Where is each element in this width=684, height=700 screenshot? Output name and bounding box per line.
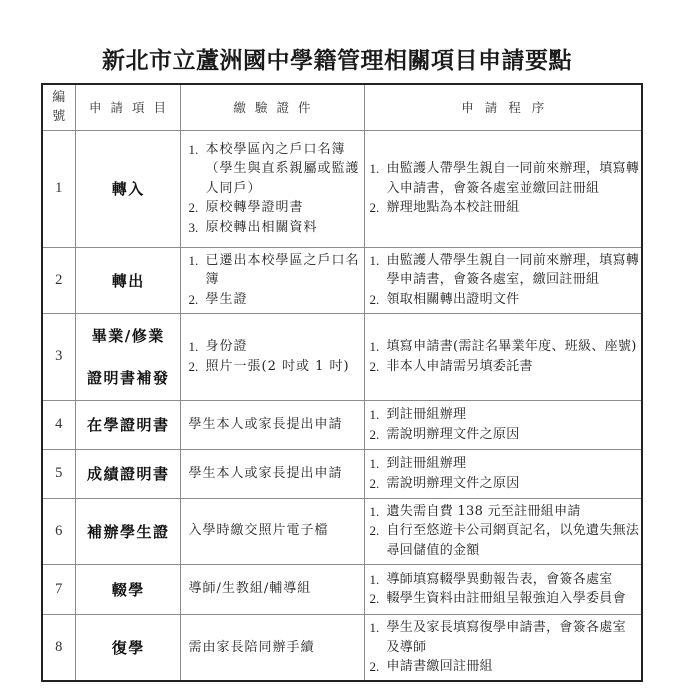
procedure-line: 1.到註冊組辦理 — [370, 405, 642, 425]
procedure-line: 2.自行至悠遊卡公司網頁記名，以免遺失無法 — [370, 521, 642, 541]
procedure-line: 2.非本人申請需另填委託書 — [370, 357, 642, 377]
procedure-line: 尋回儲值的金額 — [370, 541, 642, 561]
procedure-line: 學申請書，會簽各處室，繳回註冊組 — [370, 270, 642, 290]
required-documents: 學生本人或家長提出申請 — [180, 449, 364, 498]
procedure-text: 填寫申請書(需註名畢業年度、班級、座號) — [387, 337, 637, 357]
document-text: 入學時繳交照片電子檔 — [189, 521, 329, 541]
list-marker — [370, 541, 387, 561]
document-title: 新北市立蘆洲國中學籍管理相關項目申請要點 — [0, 46, 674, 76]
procedure-text: 需說明辦理文件之原因 — [387, 425, 520, 445]
procedure-line: 2.需說明辦理文件之原因 — [370, 425, 642, 445]
required-documents: 導師/生教組/輔導組 — [180, 564, 364, 614]
application-procedure: 1.遺失需自費 138 元至註冊組申請 2.自行至悠遊卡公司網頁記名，以免遺失無… — [364, 498, 642, 564]
procedure-text: 到註冊組辦理 — [387, 454, 467, 474]
list-marker: 2. — [370, 198, 387, 218]
item-name-line: 轉入 — [76, 178, 180, 199]
row-number: 3 — [42, 313, 75, 400]
procedure-text: 學申請書，會簽各處室，繳回註冊組 — [387, 270, 600, 290]
item-name-line: 在學證明書 — [76, 414, 180, 435]
document-text: 本校學區內之戶口名簿 — [206, 140, 346, 160]
required-documents: 學生本人或家長提出申請 — [180, 400, 364, 449]
procedure-line: 1.由監護人帶學生親自一同前來辦理，填寫轉 — [370, 251, 642, 271]
procedure-line: 2.領取相關轉出證明文件 — [370, 290, 642, 310]
application-procedure: 1.導師填寫輟學異動報告表，會簽各處室 2.輟學生資料由註冊組呈報強迫入學委員會 — [364, 564, 642, 614]
list-marker: 1. — [370, 159, 387, 179]
document-text: 學生本人或家長提出申請 — [189, 415, 343, 435]
document-text: 照片一張(2 吋或 1 吋) — [206, 357, 350, 377]
document-text: （學生與直系親屬或監護 — [206, 159, 360, 179]
row-number: 2 — [42, 247, 75, 313]
list-marker: 1. — [370, 405, 387, 425]
document-line: 導師/生教組/輔導組 — [189, 579, 364, 599]
procedure-line: 1.導師填寫輟學異動報告表，會簽各處室 — [370, 570, 642, 590]
application-procedure: 1.填寫申請書(需註名畢業年度、班級、座號) 2.非本人申請需另填委託書 — [364, 313, 642, 400]
application-requirements-table: 編 號 申請項目 繳驗證件 申請程序 1 轉入 1.本校學區內之戶口名簿 （學生… — [41, 83, 643, 682]
procedure-text: 由監護人帶學生親自一同前來辦理，填寫轉 — [387, 251, 640, 271]
list-marker: 2. — [370, 425, 387, 445]
item-name: 畢業/修業 證明書補發 — [75, 313, 180, 400]
item-name-line: 輟學 — [76, 579, 180, 600]
row-number: 8 — [42, 614, 75, 681]
application-procedure: 1.到註冊組辦理 2.需說明辦理文件之原因 — [364, 400, 642, 449]
list-marker: 1. — [189, 251, 206, 271]
document-line: 1.已遷出本校學區之戶口名 — [189, 251, 364, 271]
table-row: 8 復學 需由家長陪同辦手續 1.學生及家長填寫復學申請書，會簽各處室 及導師 … — [42, 614, 642, 681]
required-documents: 1.本校學區內之戶口名簿 （學生與直系親屬或監護 人同戶） 2.原校轉學證明書 … — [180, 130, 364, 247]
document-text: 已遷出本校學區之戶口名 — [206, 251, 360, 271]
item-name-line: 復學 — [76, 637, 180, 658]
header-number: 編 號 — [42, 84, 75, 130]
list-marker: 2. — [370, 474, 387, 494]
list-marker — [370, 270, 387, 290]
list-marker: 2. — [189, 357, 206, 377]
required-documents: 1.身份證 2.照片一張(2 吋或 1 吋) — [180, 313, 364, 400]
procedure-text: 辦理地點為本校註冊組 — [387, 198, 520, 218]
document-line: 1.身份證 — [189, 337, 364, 357]
table-row: 6 補辦學生證 入學時繳交照片電子檔 1.遺失需自費 138 元至註冊組申請 2… — [42, 498, 642, 564]
document-text: 簿 — [206, 270, 220, 290]
list-marker — [370, 638, 387, 658]
procedure-text: 到註冊組辦理 — [387, 405, 467, 425]
list-marker — [189, 179, 206, 199]
item-name-line: 補辦學生證 — [76, 521, 180, 542]
procedure-line: 入申請書，會簽各處室並繳回註冊組 — [370, 179, 642, 199]
document-text: 學生證 — [206, 290, 248, 310]
required-documents: 需由家長陪同辦手續 — [180, 614, 364, 681]
procedure-text: 及導師 — [387, 638, 427, 658]
procedure-line: 及導師 — [370, 638, 642, 658]
procedure-text: 導師填寫輟學異動報告表，會簽各處室 — [387, 570, 613, 590]
procedure-text: 自行至悠遊卡公司網頁記名，以免遺失無法 — [387, 521, 640, 541]
list-marker: 2. — [370, 657, 387, 677]
table-row: 1 轉入 1.本校學區內之戶口名簿 （學生與直系親屬或監護 人同戶） 2.原校轉… — [42, 130, 642, 247]
application-procedure: 1.由監護人帶學生親自一同前來辦理，填寫轉 學申請書，會簽各處室，繳回註冊組 2… — [364, 247, 642, 313]
document-line: 2.學生證 — [189, 290, 364, 310]
table-header-row: 編 號 申請項目 繳驗證件 申請程序 — [42, 84, 642, 130]
procedure-line: 2.需說明辦理文件之原因 — [370, 474, 642, 494]
list-marker: 1. — [189, 337, 206, 357]
item-name-line: 證明書補發 — [76, 357, 180, 399]
header-documents: 繳驗證件 — [180, 84, 364, 130]
document-line: 學生本人或家長提出申請 — [189, 415, 364, 435]
procedure-line: 2.辦理地點為本校註冊組 — [370, 198, 642, 218]
procedure-text: 需說明辦理文件之原因 — [387, 474, 520, 494]
document-text: 原校轉學證明書 — [206, 198, 304, 218]
list-marker — [370, 179, 387, 199]
list-marker: 2. — [189, 198, 206, 218]
header-number-line1: 編 — [43, 88, 75, 107]
table-row: 5 成績證明書 學生本人或家長提出申請 1.到註冊組辦理 2.需說明辦理文件之原… — [42, 449, 642, 498]
item-name: 復學 — [75, 614, 180, 681]
table-row: 3 畢業/修業 證明書補發 1.身份證 2.照片一張(2 吋或 1 吋) 1.填… — [42, 313, 642, 400]
list-marker: 1. — [370, 251, 387, 271]
item-name-line: 成績證明書 — [76, 463, 180, 484]
procedure-text: 尋回儲值的金額 — [387, 541, 480, 561]
row-number: 6 — [42, 498, 75, 564]
table-row: 4 在學證明書 學生本人或家長提出申請 1.到註冊組辦理 2.需說明辦理文件之原… — [42, 400, 642, 449]
list-marker: 1. — [370, 337, 387, 357]
procedure-text: 領取相關轉出證明文件 — [387, 290, 520, 310]
item-name: 轉入 — [75, 130, 180, 247]
list-marker: 2. — [189, 290, 206, 310]
document-line: 學生本人或家長提出申請 — [189, 464, 364, 484]
list-marker — [189, 270, 206, 290]
item-name: 轉出 — [75, 247, 180, 313]
procedure-text: 申請書繳回註冊組 — [387, 657, 493, 677]
document-line: （學生與直系親屬或監護 — [189, 159, 364, 179]
list-marker: 1. — [370, 502, 387, 522]
list-marker: 1. — [189, 140, 206, 160]
procedure-line: 1.遺失需自費 138 元至註冊組申請 — [370, 502, 642, 522]
procedure-text: 學生及家長填寫復學申請書，會簽各處室 — [387, 618, 626, 638]
procedure-text: 由監護人帶學生親自一同前來辦理，填寫轉 — [387, 159, 640, 179]
document-text: 導師/生教組/輔導組 — [189, 579, 312, 599]
application-procedure: 1.由監護人帶學生親自一同前來辦理，填寫轉 入申請書，會簽各處室並繳回註冊組 2… — [364, 130, 642, 247]
document-line: 3.原校轉出相關資料 — [189, 218, 364, 238]
procedure-line: 2.申請書繳回註冊組 — [370, 657, 642, 677]
list-marker: 1. — [370, 618, 387, 638]
document-text: 需由家長陪同辦手續 — [189, 638, 315, 658]
document-line: 2.原校轉學證明書 — [189, 198, 364, 218]
item-name-line: 畢業/修業 — [76, 315, 180, 357]
list-marker: 2. — [370, 589, 387, 609]
procedure-text: 輟學生資料由註冊組呈報強迫入學委員會 — [387, 589, 626, 609]
procedure-line: 2.輟學生資料由註冊組呈報強迫入學委員會 — [370, 589, 642, 609]
item-name: 在學證明書 — [75, 400, 180, 449]
document-line: 2.照片一張(2 吋或 1 吋) — [189, 357, 364, 377]
list-marker: 2. — [370, 357, 387, 377]
list-marker: 1. — [370, 570, 387, 590]
item-name: 成績證明書 — [75, 449, 180, 498]
item-name-line: 轉出 — [76, 270, 180, 291]
table-row: 2 轉出 1.已遷出本校學區之戶口名 簿 2.學生證 1.由監護人帶學生親自一同… — [42, 247, 642, 313]
document-line: 人同戶） — [189, 179, 364, 199]
row-number: 4 — [42, 400, 75, 449]
procedure-line: 1.由監護人帶學生親自一同前來辦理，填寫轉 — [370, 159, 642, 179]
list-marker: 1. — [370, 454, 387, 474]
list-marker: 2. — [370, 290, 387, 310]
document-text: 學生本人或家長提出申請 — [189, 464, 343, 484]
header-number-line2: 號 — [43, 107, 75, 126]
document-line: 簿 — [189, 270, 364, 290]
procedure-line: 1.學生及家長填寫復學申請書，會簽各處室 — [370, 618, 642, 638]
required-documents: 入學時繳交照片電子檔 — [180, 498, 364, 564]
document-line: 需由家長陪同辦手續 — [189, 638, 364, 658]
row-number: 1 — [42, 130, 75, 247]
document-text: 原校轉出相關資料 — [206, 218, 318, 238]
procedure-text: 遺失需自費 138 元至註冊組申請 — [387, 502, 581, 522]
document-text: 身份證 — [206, 337, 248, 357]
row-number: 7 — [42, 564, 75, 614]
header-item: 申請項目 — [75, 84, 180, 130]
application-procedure: 1.學生及家長填寫復學申請書，會簽各處室 及導師 2.申請書繳回註冊組 — [364, 614, 642, 681]
item-name: 補辦學生證 — [75, 498, 180, 564]
list-marker — [189, 159, 206, 179]
document-line: 入學時繳交照片電子檔 — [189, 521, 364, 541]
list-marker: 3. — [189, 218, 206, 238]
procedure-text: 非本人申請需另填委託書 — [387, 357, 533, 377]
row-number: 5 — [42, 449, 75, 498]
item-name: 輟學 — [75, 564, 180, 614]
header-procedure: 申請程序 — [364, 84, 642, 130]
procedure-line: 1.到註冊組辦理 — [370, 454, 642, 474]
procedure-text: 入申請書，會簽各處室並繳回註冊組 — [387, 179, 600, 199]
required-documents: 1.已遷出本校學區之戶口名 簿 2.學生證 — [180, 247, 364, 313]
document-line: 1.本校學區內之戶口名簿 — [189, 140, 364, 160]
table-row: 7 輟學 導師/生教組/輔導組 1.導師填寫輟學異動報告表，會簽各處室 2.輟學… — [42, 564, 642, 614]
procedure-line: 1.填寫申請書(需註名畢業年度、班級、座號) — [370, 337, 642, 357]
application-procedure: 1.到註冊組辦理 2.需說明辦理文件之原因 — [364, 449, 642, 498]
document-text: 人同戶） — [206, 179, 262, 199]
list-marker: 2. — [370, 521, 387, 541]
